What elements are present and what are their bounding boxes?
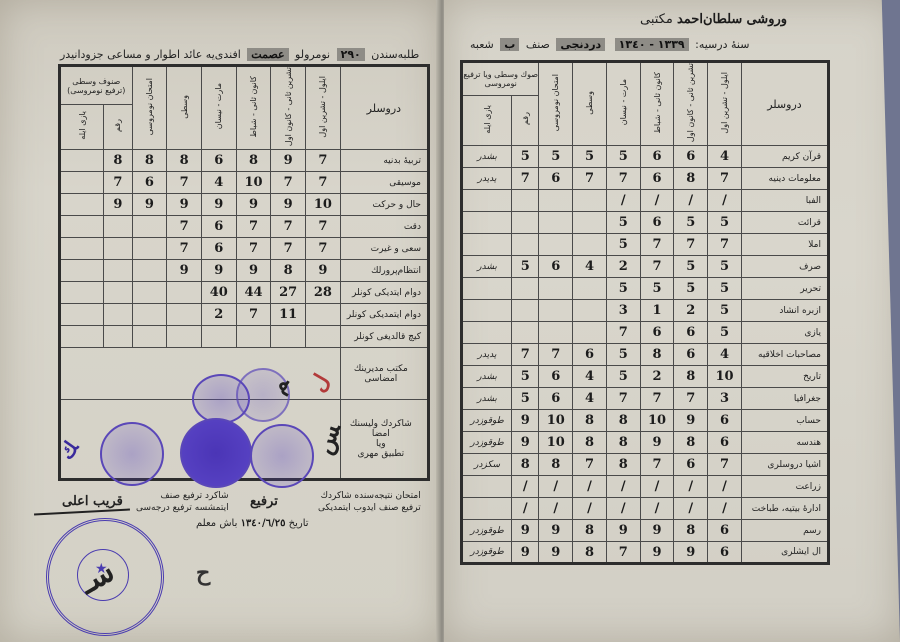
school-name: سلطان‌احمد <box>677 12 742 27</box>
col-final-words: یازی ایله <box>60 105 104 150</box>
grade-cell-exam: 6 <box>539 366 573 388</box>
grade-cell-avg: 7 <box>573 168 607 190</box>
grade-cell-exam <box>132 260 167 282</box>
grade-cell-t3 <box>236 326 271 348</box>
grade-cell-t4: 5 <box>606 212 640 234</box>
grade-cell-t3: / <box>640 498 674 520</box>
lesson-label: قرائت <box>741 212 828 234</box>
grade-cell-t2: 7 <box>271 172 306 194</box>
grade-cell-t4: 6 <box>201 150 236 172</box>
grade-cell-t4: / <box>606 476 640 498</box>
col-final-words: یازی ایله <box>462 95 512 145</box>
grade-cell-avg: 8 <box>573 520 607 542</box>
date-value: ١٣٤٠/٦/٢٥ <box>241 518 286 529</box>
lesson-label: تربیهٔ بدنیه <box>340 150 428 172</box>
grade-cell-t3: 2 <box>640 366 674 388</box>
grade-cell-avg <box>573 278 607 300</box>
grade-cell-t2: / <box>674 498 708 520</box>
col-term2: تشرین ثانی - کانون اول <box>271 66 306 150</box>
grade-cell-exam: 9 <box>539 542 573 564</box>
lesson-label: دوام ایتمدیکی کونلر <box>340 304 428 326</box>
grade-cell-num <box>104 304 132 326</box>
grade-cell-avg: 4 <box>573 388 607 410</box>
grade-cell-avg: 8 <box>167 150 202 172</box>
grade-cell-t4: 40 <box>201 282 236 304</box>
col-lessons: دروسلر <box>340 66 428 150</box>
grade-cell-exam <box>132 238 167 260</box>
grade-cell-avg: 7 <box>573 454 607 476</box>
lesson-label: تاریخ <box>741 366 828 388</box>
grade-cell-num <box>512 190 539 212</box>
grade-cell-avg: 9 <box>167 194 202 216</box>
year-class-line: سنهٔ درسیه: ١٣٣٩ - ١٣٤٠ دردنجی صنف ب شعب… <box>470 38 749 51</box>
grade-cell-t4: 9 <box>201 194 236 216</box>
grade-cell-t3: 7 <box>236 216 271 238</box>
grade-cell-words <box>60 216 104 238</box>
grade-cell-t2: 6 <box>674 344 708 366</box>
grade-cell-t4: 7 <box>606 388 640 410</box>
grade-cell-num <box>512 300 539 322</box>
table-row: الفبا//// <box>462 190 829 212</box>
header-prefix: طلبه‌سندن <box>371 48 419 61</box>
grade-cell-avg: 8 <box>573 432 607 454</box>
grade-cell-exam: / <box>539 498 573 520</box>
grade-cell-t4: 7 <box>606 542 640 564</box>
grade-cell-words <box>60 282 104 304</box>
table-row: زراعت/////// <box>462 476 829 498</box>
year-value: ١٣٣٩ - ١٣٤٠ <box>615 38 689 51</box>
grade-cell-exam <box>132 304 167 326</box>
grade-cell-avg: 8 <box>573 410 607 432</box>
table-row: دقت77767 <box>60 216 429 238</box>
grade-cell-avg: 7 <box>167 216 202 238</box>
section-value: ب <box>500 38 519 51</box>
grade-cell-t2: 5 <box>674 278 708 300</box>
grade-cell-t1: 6 <box>708 432 742 454</box>
grade-cell-num: 5 <box>512 366 539 388</box>
grade-cell-t1: 6 <box>708 520 742 542</box>
grade-cell-t1: 7 <box>306 172 341 194</box>
grade-cell-exam <box>132 282 167 304</box>
grade-cell-num <box>512 212 539 234</box>
school-name-line: وروشی سلطان‌احمد مکتبی <box>640 12 787 27</box>
grade-cell-t3: 7 <box>640 234 674 256</box>
lesson-label: موسیقی <box>340 172 428 194</box>
grade-cell-t2: / <box>674 476 708 498</box>
col-term3: کانون ثانی - شباط <box>236 66 271 150</box>
col-term4: مارت - نیسان <box>201 66 236 150</box>
grade-cell-num: 9 <box>512 542 539 564</box>
grade-cell-avg: 8 <box>573 542 607 564</box>
table-row: دوام ایتمدیکی کونلر1172 <box>60 304 429 326</box>
table-row: سعی و غیرت77767 <box>60 238 429 260</box>
table-row: قرآن کریم4665555بشدر <box>462 146 829 168</box>
grade-cell-t2: 6 <box>674 454 708 476</box>
grade-cell-t4: 5 <box>606 344 640 366</box>
table-row: هندسه68988109طوقوزدر <box>462 432 829 454</box>
grade-cell-t2: 8 <box>271 260 306 282</box>
table-row: تاریخ10825465بشدر <box>462 366 829 388</box>
grade-cell-t2: 8 <box>674 168 708 190</box>
head-teacher-label: باش معلم <box>196 518 237 529</box>
table-row: ال ایشلری6997899طوقوزدر <box>462 542 829 564</box>
grade-cell-t4: 3 <box>606 300 640 322</box>
col-term2: تشرین ثانی - کانون اول <box>674 62 708 146</box>
grade-cell-t4: 8 <box>606 432 640 454</box>
grade-cell-t1: 7 <box>708 454 742 476</box>
grade-cell-t1: 7 <box>306 238 341 260</box>
table-row: انتظام‌پرورلك98999 <box>60 260 429 282</box>
promotion-value: قریب اعلی <box>62 494 123 509</box>
grade-cell-t3: 10 <box>236 172 271 194</box>
lesson-label: جغرافیا <box>741 388 828 410</box>
grade-cell-t2: 9 <box>674 542 708 564</box>
table-row: یازی5667 <box>462 322 829 344</box>
grade-cell-avg: 6 <box>573 344 607 366</box>
grade-cell-words: بشدر <box>462 256 512 278</box>
table-row: تربیهٔ بدنیه7986888 <box>60 150 429 172</box>
grade-cell-num: 9 <box>512 520 539 542</box>
lesson-label: حساب <box>741 410 828 432</box>
grade-cell-t1: 6 <box>708 542 742 564</box>
lesson-label: دوام ایتدیکی کونلر <box>340 282 428 304</box>
lesson-label: معلومات دینیه <box>741 168 828 190</box>
number-label: نومرولو <box>295 48 330 61</box>
left-conduct-table: دروسلر ایلول - تشرین اول تشرین ثانی - کا… <box>58 64 430 481</box>
lesson-label: زراعت <box>741 476 828 498</box>
grade-cell-exam: 8 <box>132 150 167 172</box>
lesson-label: کیچ قالدیغی کونلر <box>340 326 428 348</box>
grade-cell-t3: / <box>640 476 674 498</box>
lesson-label: الفبا <box>741 190 828 212</box>
col-final-group: صوك وسطی ویا ترفیع نومروسی <box>462 62 539 96</box>
grade-cell-num: / <box>512 476 539 498</box>
grade-cell-t3: 8 <box>236 150 271 172</box>
grade-cell-t2: 6 <box>674 146 708 168</box>
lesson-label: سعی و غیرت <box>340 238 428 260</box>
grade-cell-t2: 5 <box>674 256 708 278</box>
grade-cell-num: 5 <box>512 146 539 168</box>
grade-cell-t1: 10 <box>306 194 341 216</box>
guardian-stamp-icon <box>250 424 314 488</box>
grade-cell-num: 8 <box>512 454 539 476</box>
lesson-label: ازبره انشاد <box>741 300 828 322</box>
grade-cell-words: طوقوزدر <box>462 542 512 564</box>
right-grades-table: دروسلر ایلول - تشرین اول تشرین ثانی - کا… <box>460 60 830 565</box>
grade-cell-t4: 4 <box>201 172 236 194</box>
grade-cell-t3: 7 <box>640 454 674 476</box>
grade-cell-t2: 8 <box>674 366 708 388</box>
grade-cell-words <box>60 260 104 282</box>
grade-cell-exam: 9 <box>132 194 167 216</box>
grade-cell-t1: / <box>708 476 742 498</box>
grade-cell-words <box>60 172 104 194</box>
grade-cell-t3: 10 <box>640 410 674 432</box>
grade-cell-t1: 4 <box>708 344 742 366</box>
grade-cell-t3: 7 <box>236 238 271 260</box>
grade-cell-t4: / <box>606 190 640 212</box>
grade-cell-avg: 9 <box>167 260 202 282</box>
grade-cell-words: بشدر <box>462 388 512 410</box>
grade-cell-t4: 9 <box>201 260 236 282</box>
grade-cell-num: / <box>512 498 539 520</box>
grade-cell-words <box>60 194 104 216</box>
grade-cell-t3: 9 <box>236 194 271 216</box>
grade-cell-t1: 9 <box>306 260 341 282</box>
grade-cell-words <box>60 238 104 260</box>
grade-cell-words <box>462 476 512 498</box>
grade-cell-t2: 8 <box>674 432 708 454</box>
grade-cell-t4: 9 <box>606 520 640 542</box>
grade-cell-exam: 10 <box>539 432 573 454</box>
grade-cell-t3: 7 <box>236 304 271 326</box>
table-row: معلومات دینیه7867767یدیدر <box>462 168 829 190</box>
grade-cell-t3: 9 <box>640 542 674 564</box>
grade-cell-t1 <box>306 326 341 348</box>
grade-cell-words: سکزدر <box>462 454 512 476</box>
grade-cell-avg <box>167 304 202 326</box>
grade-cell-t4: 7 <box>606 322 640 344</box>
lesson-label: قرآن کریم <box>741 146 828 168</box>
grade-cell-t2: / <box>674 190 708 212</box>
grade-cell-avg: 4 <box>573 366 607 388</box>
guardian-stamp-icon <box>180 418 252 488</box>
grade-cell-num: 8 <box>104 150 132 172</box>
grade-cell-t3: / <box>640 190 674 212</box>
grade-cell-t1 <box>306 304 341 326</box>
grade-cell-exam: / <box>539 476 573 498</box>
class-value: دردنجی <box>556 38 605 51</box>
col-final-number: رقم <box>104 105 132 150</box>
grade-cell-words <box>60 326 104 348</box>
grade-cell-t2: 9 <box>271 150 306 172</box>
grade-cell-num <box>104 238 132 260</box>
grade-cell-t2: 5 <box>674 212 708 234</box>
grade-cell-t2: 9 <box>271 194 306 216</box>
grade-cell-num: 7 <box>512 168 539 190</box>
col-exam: امتحان نومروسی <box>132 66 167 150</box>
col-term1: ایلول - تشرین اول <box>708 62 742 146</box>
grade-cell-t1: 5 <box>708 300 742 322</box>
table-row: قرائت5565 <box>462 212 829 234</box>
grade-cell-exam <box>539 300 573 322</box>
table-row: جغرافیا3777465بشدر <box>462 388 829 410</box>
grade-cell-t1: 5 <box>708 278 742 300</box>
grade-cell-avg <box>573 322 607 344</box>
grade-cell-avg: / <box>573 476 607 498</box>
grade-cell-t2: 7 <box>271 238 306 260</box>
grade-cell-num: 5 <box>512 388 539 410</box>
director-signature-label: مکتب مدیرینك امضاسی <box>340 348 428 400</box>
year-label: سنهٔ درسیه: <box>695 38 749 51</box>
table-row: تحریر5555 <box>462 278 829 300</box>
grade-cell-exam <box>539 322 573 344</box>
lesson-label: ادارهٔ بیتیه، طباخت <box>741 498 828 520</box>
grade-cell-words: طوقوزدر <box>462 410 512 432</box>
grade-cell-t1: 3 <box>708 388 742 410</box>
grade-cell-words <box>60 304 104 326</box>
lesson-label: مصاحبات اخلاقیه <box>741 344 828 366</box>
grade-cell-num: 7 <box>512 344 539 366</box>
grade-cell-words <box>462 278 512 300</box>
promotion-label: شاکرد ترفیع صنف ایتمشسه ترفیع درجه‌سی <box>136 490 229 514</box>
grade-cell-t3: 5 <box>640 278 674 300</box>
grade-cell-t4: 5 <box>606 366 640 388</box>
grade-cell-avg <box>573 234 607 256</box>
grade-cell-num: 5 <box>512 256 539 278</box>
grade-cell-t2: 6 <box>674 322 708 344</box>
col-term1: ایلول - تشرین اول <box>306 66 341 150</box>
lesson-label: ال ایشلری <box>741 542 828 564</box>
grade-cell-t2: 7 <box>674 234 708 256</box>
handwritten-prefix: وروشی <box>746 12 787 27</box>
grade-cell-avg <box>573 300 607 322</box>
grade-cell-t4 <box>201 326 236 348</box>
grade-cell-words <box>462 212 512 234</box>
table-row: حساب691088109طوقوزدر <box>462 410 829 432</box>
grade-cell-t3: 6 <box>640 322 674 344</box>
lesson-label: صرف <box>741 256 828 278</box>
grade-cell-t1: 7 <box>708 168 742 190</box>
grade-cell-num <box>512 278 539 300</box>
class-label: صنف <box>526 38 550 51</box>
grade-cell-t1: 6 <box>708 410 742 432</box>
grade-cell-words: بشدر <box>462 366 512 388</box>
grade-cell-words: یدیدر <box>462 168 512 190</box>
grade-cell-t1: / <box>708 498 742 520</box>
grade-cell-exam <box>539 234 573 256</box>
grade-cell-t3: 8 <box>640 344 674 366</box>
col-term4: مارت - نیسان <box>606 62 640 146</box>
grade-cell-t3: 9 <box>640 520 674 542</box>
grade-cell-t4: 8 <box>606 410 640 432</box>
grade-cell-num <box>104 326 132 348</box>
grade-cell-t4: 6 <box>201 238 236 260</box>
grade-cell-t1: 7 <box>306 150 341 172</box>
col-lessons: دروسلر <box>741 62 828 146</box>
grade-cell-t3: 9 <box>640 432 674 454</box>
grade-cell-t3: 7 <box>640 388 674 410</box>
grade-cell-t2: 9 <box>674 410 708 432</box>
grade-cell-words <box>60 150 104 172</box>
grade-cell-exam: 7 <box>539 344 573 366</box>
grade-cell-exam: 6 <box>132 172 167 194</box>
grade-cell-exam: 6 <box>539 168 573 190</box>
table-row: مصاحبات اخلاقیه4685677یدیدر <box>462 344 829 366</box>
lesson-label: اشیا دروسلری <box>741 454 828 476</box>
lesson-label: تحریر <box>741 278 828 300</box>
grade-cell-t4: 5 <box>606 234 640 256</box>
grade-cell-num: 9 <box>104 194 132 216</box>
grade-cell-t4: 8 <box>606 454 640 476</box>
grade-cell-num: 7 <box>104 172 132 194</box>
grade-cell-t4: 6 <box>201 216 236 238</box>
header-suffix: افندی‌یه عائد اطوار و مساعی جزودانیدر <box>60 48 241 61</box>
grade-cell-t3: 9 <box>236 260 271 282</box>
exam-result-value: ترفیع <box>250 494 278 509</box>
grade-cell-avg <box>167 282 202 304</box>
grade-cell-exam: 6 <box>539 388 573 410</box>
grade-cell-words <box>462 300 512 322</box>
grade-cell-t4: 5 <box>606 146 640 168</box>
grade-cell-t3: 6 <box>640 146 674 168</box>
table-row: ادارهٔ بیتیه، طباخت/////// <box>462 498 829 520</box>
date-label: تاریخ <box>289 518 309 529</box>
grade-cell-t4: 2 <box>606 256 640 278</box>
table-row: دوام ایتدیکی کونلر28274440 <box>60 282 429 304</box>
grade-cell-exam <box>132 216 167 238</box>
grade-cell-words: طوقوزدر <box>462 520 512 542</box>
lesson-label: رسم <box>741 520 828 542</box>
lesson-label: حال و حرکت <box>340 194 428 216</box>
grade-cell-num <box>104 260 132 282</box>
grade-cell-exam <box>539 212 573 234</box>
grade-cell-words <box>462 322 512 344</box>
grade-cell-t3: 7 <box>640 256 674 278</box>
col-term3: کانون ثانی - شباط <box>640 62 674 146</box>
grade-cell-t1: 5 <box>708 212 742 234</box>
lesson-label: هندسه <box>741 432 828 454</box>
lesson-label: یازی <box>741 322 828 344</box>
table-row: کیچ قالدیغی کونلر <box>60 326 429 348</box>
grade-cell-t2: 8 <box>674 520 708 542</box>
col-final-number: رقم <box>512 95 539 145</box>
grade-cell-t1: 10 <box>708 366 742 388</box>
col-exam: امتحان نومروسی <box>539 62 573 146</box>
student-line: طلبه‌سندن ٢٩٠ نومرولو عصمت افندی‌یه عائد… <box>60 48 419 61</box>
lesson-label: انتظام‌پرورلك <box>340 260 428 282</box>
guardian-signature-label: شاکردك ولیسنك امضا ویا تطبیق مهری <box>340 400 428 480</box>
grade-cell-exam <box>539 278 573 300</box>
table-row: رسم6899899طوقوزدر <box>462 520 829 542</box>
grade-cell-t1: 7 <box>708 234 742 256</box>
school-label: مکتبی <box>640 12 673 27</box>
grade-cell-t2: 7 <box>674 388 708 410</box>
grade-cell-words: طوقوزدر <box>462 432 512 454</box>
grade-cell-num: 9 <box>512 410 539 432</box>
grade-cell-avg <box>573 190 607 212</box>
grade-cell-num: 9 <box>512 432 539 454</box>
grade-cell-avg: 5 <box>573 146 607 168</box>
grade-cell-avg <box>167 326 202 348</box>
grade-cell-avg: 4 <box>573 256 607 278</box>
grade-cell-t1: 5 <box>708 322 742 344</box>
table-row: صرف5572465بشدر <box>462 256 829 278</box>
grade-cell-t4: / <box>606 498 640 520</box>
grade-cell-t1: / <box>708 190 742 212</box>
student-name: عصمت <box>247 48 288 61</box>
grade-cell-exam: 9 <box>539 520 573 542</box>
table-row: اشیا دروسلری7678788سکزدر <box>462 454 829 476</box>
grade-cell-avg <box>573 212 607 234</box>
grade-cell-words <box>462 190 512 212</box>
student-number: ٢٩٠ <box>337 48 365 61</box>
grade-cell-words <box>462 498 512 520</box>
grade-cell-num <box>512 322 539 344</box>
grade-cell-t1: 4 <box>708 146 742 168</box>
grade-cell-t3: 6 <box>640 168 674 190</box>
exam-result-label: امتحان نتیجه‌سنده شاکردك ترفیع صنف ایدوب… <box>318 490 421 514</box>
grade-cell-t4: 5 <box>606 278 640 300</box>
grade-cell-t1: 7 <box>306 216 341 238</box>
grade-cell-exam: 5 <box>539 146 573 168</box>
grade-cell-t1: 28 <box>306 282 341 304</box>
grade-cell-t3: 1 <box>640 300 674 322</box>
date-line: تاریخ ١٣٤٠/٦/٢٥ باش معلم <box>196 518 309 529</box>
grade-cell-exam: 6 <box>539 256 573 278</box>
grade-cell-words: یدیدر <box>462 344 512 366</box>
grade-cell-t2: 27 <box>271 282 306 304</box>
